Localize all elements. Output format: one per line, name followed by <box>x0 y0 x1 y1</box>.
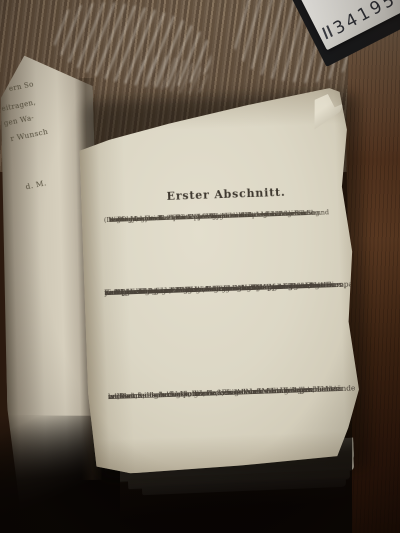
book-page: Erster Abschnitt. (Der ungarische Kampf … <box>77 81 368 474</box>
left-page-text-fragment: eitragen, <box>1 98 37 113</box>
text-line: Wien. —) <box>104 215 139 225</box>
tag-pen-mark <box>326 25 332 37</box>
left-page-text-fragment: r Wunsch <box>10 127 49 143</box>
left-page-text-fragment: ern So <box>8 80 34 93</box>
left-page-text-fragment: gen Wa- <box>3 114 35 128</box>
book-photo: ern So eitragen, gen Wa- r Wunsch d. M. … <box>0 0 400 533</box>
page-shading <box>77 81 368 474</box>
left-page-text-fragment: d. M. <box>25 178 48 191</box>
